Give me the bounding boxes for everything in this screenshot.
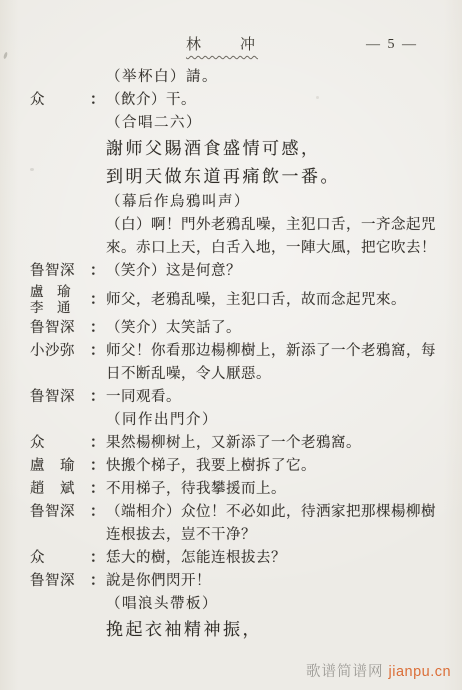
dialogue-text: 果然楊柳树上，又新添了一个老鴉窩。 [106, 432, 361, 455]
stage-direction: （合唱二六） [106, 112, 202, 135]
speaker-colon: ： [90, 317, 106, 340]
speaker-colon: ： [90, 570, 106, 593]
script-row: 到明天做东道再痛飲一番。 [30, 163, 454, 191]
continuation-text: 连根拔去，豈不干净？ [106, 524, 256, 547]
script-row: 鲁智深 ： （端相介）众位！不必如此，待洒家把那棵楊柳樹 [30, 501, 454, 524]
speaker-name: 李 通 [30, 300, 90, 316]
speaker-colon: ： [90, 260, 106, 283]
speaker-colon: ： [90, 455, 106, 478]
dialogue-text: （笑介）太笑話了。 [106, 317, 241, 340]
script-row: 众 ： 恁大的樹，怎能连根拔去？ [30, 547, 454, 570]
script-row: （合唱二六） [30, 112, 454, 135]
script-row: 盧 瑜 ： 快搬个梯子，我要上樹拆了它。 [30, 455, 454, 478]
page-number: — 5 — [366, 34, 418, 56]
speaker-name: 鲁智深 [30, 317, 90, 340]
script-body: （举杯白）請。 众 ： （飲介）干。 （合唱二六） 謝师父賜酒食盛情可感， 到明… [30, 66, 454, 644]
dialogue-text: （笑介）这是何意？ [106, 260, 241, 283]
speaker-colon: ： [90, 386, 106, 409]
stage-direction: （唱浪头帶板） [106, 593, 218, 616]
script-row: 謝师父賜酒食盛情可感， [30, 135, 454, 163]
dialogue-text: （飲介）干。 [106, 89, 196, 112]
watermark-site-url: jianpu.cn [389, 664, 452, 680]
speaker-name: 鲁智深 [30, 260, 90, 283]
continuation-text: 來。赤口上天，白舌入地，一陣大風，把它吹去！ [106, 237, 436, 260]
script-row: （同作出門介） [30, 409, 454, 432]
speaker-colon: ： [90, 340, 106, 363]
script-row: 日不断乱噪，令人厭惡。 [30, 363, 454, 386]
script-row: 鲁智深 ： （笑介）太笑話了。 [30, 317, 454, 340]
watermark-site-name: 歌谱简谱网 [306, 664, 384, 680]
script-row: （幕后作烏鴉叫声） [30, 191, 454, 214]
stage-direction: （幕后作烏鴉叫声） [106, 191, 250, 214]
dialogue-text: 一同观看。 [106, 386, 181, 409]
dialogue-text: 說是你們閃开！ [106, 570, 211, 593]
script-row: 來。赤口上天，白舌入地，一陣大風，把它吹去！ [30, 237, 454, 260]
stage-direction: （举杯白）請。 [106, 66, 218, 89]
watermark: 歌谱简谱网jianpu.cn [306, 660, 451, 681]
dialogue-text: 不用梯子，待我攀援而上。 [106, 478, 286, 501]
speaker-name: 众 [30, 89, 90, 112]
script-row: 连根拔去，豈不干净？ [30, 524, 454, 547]
script-row: 鲁智深 ： 一同观看。 [30, 386, 454, 409]
speaker-colon: ： [90, 89, 106, 112]
speaker-name: 盧 瑜 [30, 455, 90, 478]
script-row: 挽起衣袖精神振， [30, 616, 454, 644]
script-row: （唱浪头帶板） [30, 593, 454, 616]
stage-direction: （同作出門介） [106, 409, 218, 432]
dialogue-text: 恁大的樹，怎能连根拔去？ [106, 547, 286, 570]
lyric-line: 挽起衣袖精神振， [106, 616, 262, 644]
speaker-colon: ： [90, 432, 106, 455]
speaker-colon: ： [90, 501, 106, 524]
speaker-colon: ： [90, 478, 106, 501]
dialogue-text: （端相介）众位！不必如此，待洒家把那棵楊柳樹 [106, 501, 436, 524]
script-row: 小沙弥 ： 师父！你看那边楊柳樹上，新添了一个老鴉窩，每 [30, 340, 454, 363]
page-header: 林 冲 — 5 — [0, 34, 462, 56]
script-row: （白）啊！門外老鴉乱噪，主犯口舌，一齐念起咒 [30, 214, 454, 237]
script-title: 林 冲 [186, 34, 258, 56]
scanned-script-page: 林 冲 — 5 — （举杯白）請。 众 ： （飲介）干。 （合唱二六） 謝师父賜… [0, 0, 462, 690]
speaker-name: 小沙弥 [30, 340, 90, 363]
speaker-name: 趙 斌 [30, 478, 90, 501]
script-row: 盧 瑜 李 通 ： 师父，老鴉乱噪，主犯口舌，故而念起咒來。 [30, 283, 454, 317]
dialogue-text: 师父！你看那边楊柳樹上，新添了一个老鴉窩，每 [106, 340, 436, 363]
script-row: 趙 斌 ： 不用梯子，待我攀援而上。 [30, 478, 454, 501]
continuation-text: 日不断乱噪，令人厭惡。 [106, 363, 271, 386]
speaker-name-stack: 盧 瑜 李 通 [30, 283, 90, 317]
speaker-name: 鲁智深 [30, 386, 90, 409]
speaker-name: 众 [30, 547, 90, 570]
speaker-colon: ： [90, 547, 106, 570]
dialogue-text: 快搬个梯子，我要上樹拆了它。 [106, 455, 316, 478]
speaker-colon: ： [90, 289, 106, 312]
lyric-line: 謝师父賜酒食盛情可感， [106, 135, 321, 163]
speaker-name: 鲁智深 [30, 570, 90, 593]
script-row: 众 ： 果然楊柳树上，又新添了一个老鴉窩。 [30, 432, 454, 455]
script-row: 鲁智深 ： 說是你們閃开！ [30, 570, 454, 593]
script-row: 鲁智深 ： （笑介）这是何意？ [30, 260, 454, 283]
speaker-name: 众 [30, 432, 90, 455]
script-row: 众 ： （飲介）干。 [30, 89, 454, 112]
continuation-text: （白）啊！門外老鴉乱噪，主犯口舌，一齐念起咒 [106, 214, 436, 237]
speaker-name: 鲁智深 [30, 501, 90, 524]
dialogue-text: 师父，老鴉乱噪，主犯口舌，故而念起咒來。 [106, 291, 406, 309]
speaker-name: 盧 瑜 [30, 284, 90, 300]
script-row: （举杯白）請。 [30, 66, 454, 89]
lyric-line: 到明天做东道再痛飲一番。 [106, 163, 340, 191]
